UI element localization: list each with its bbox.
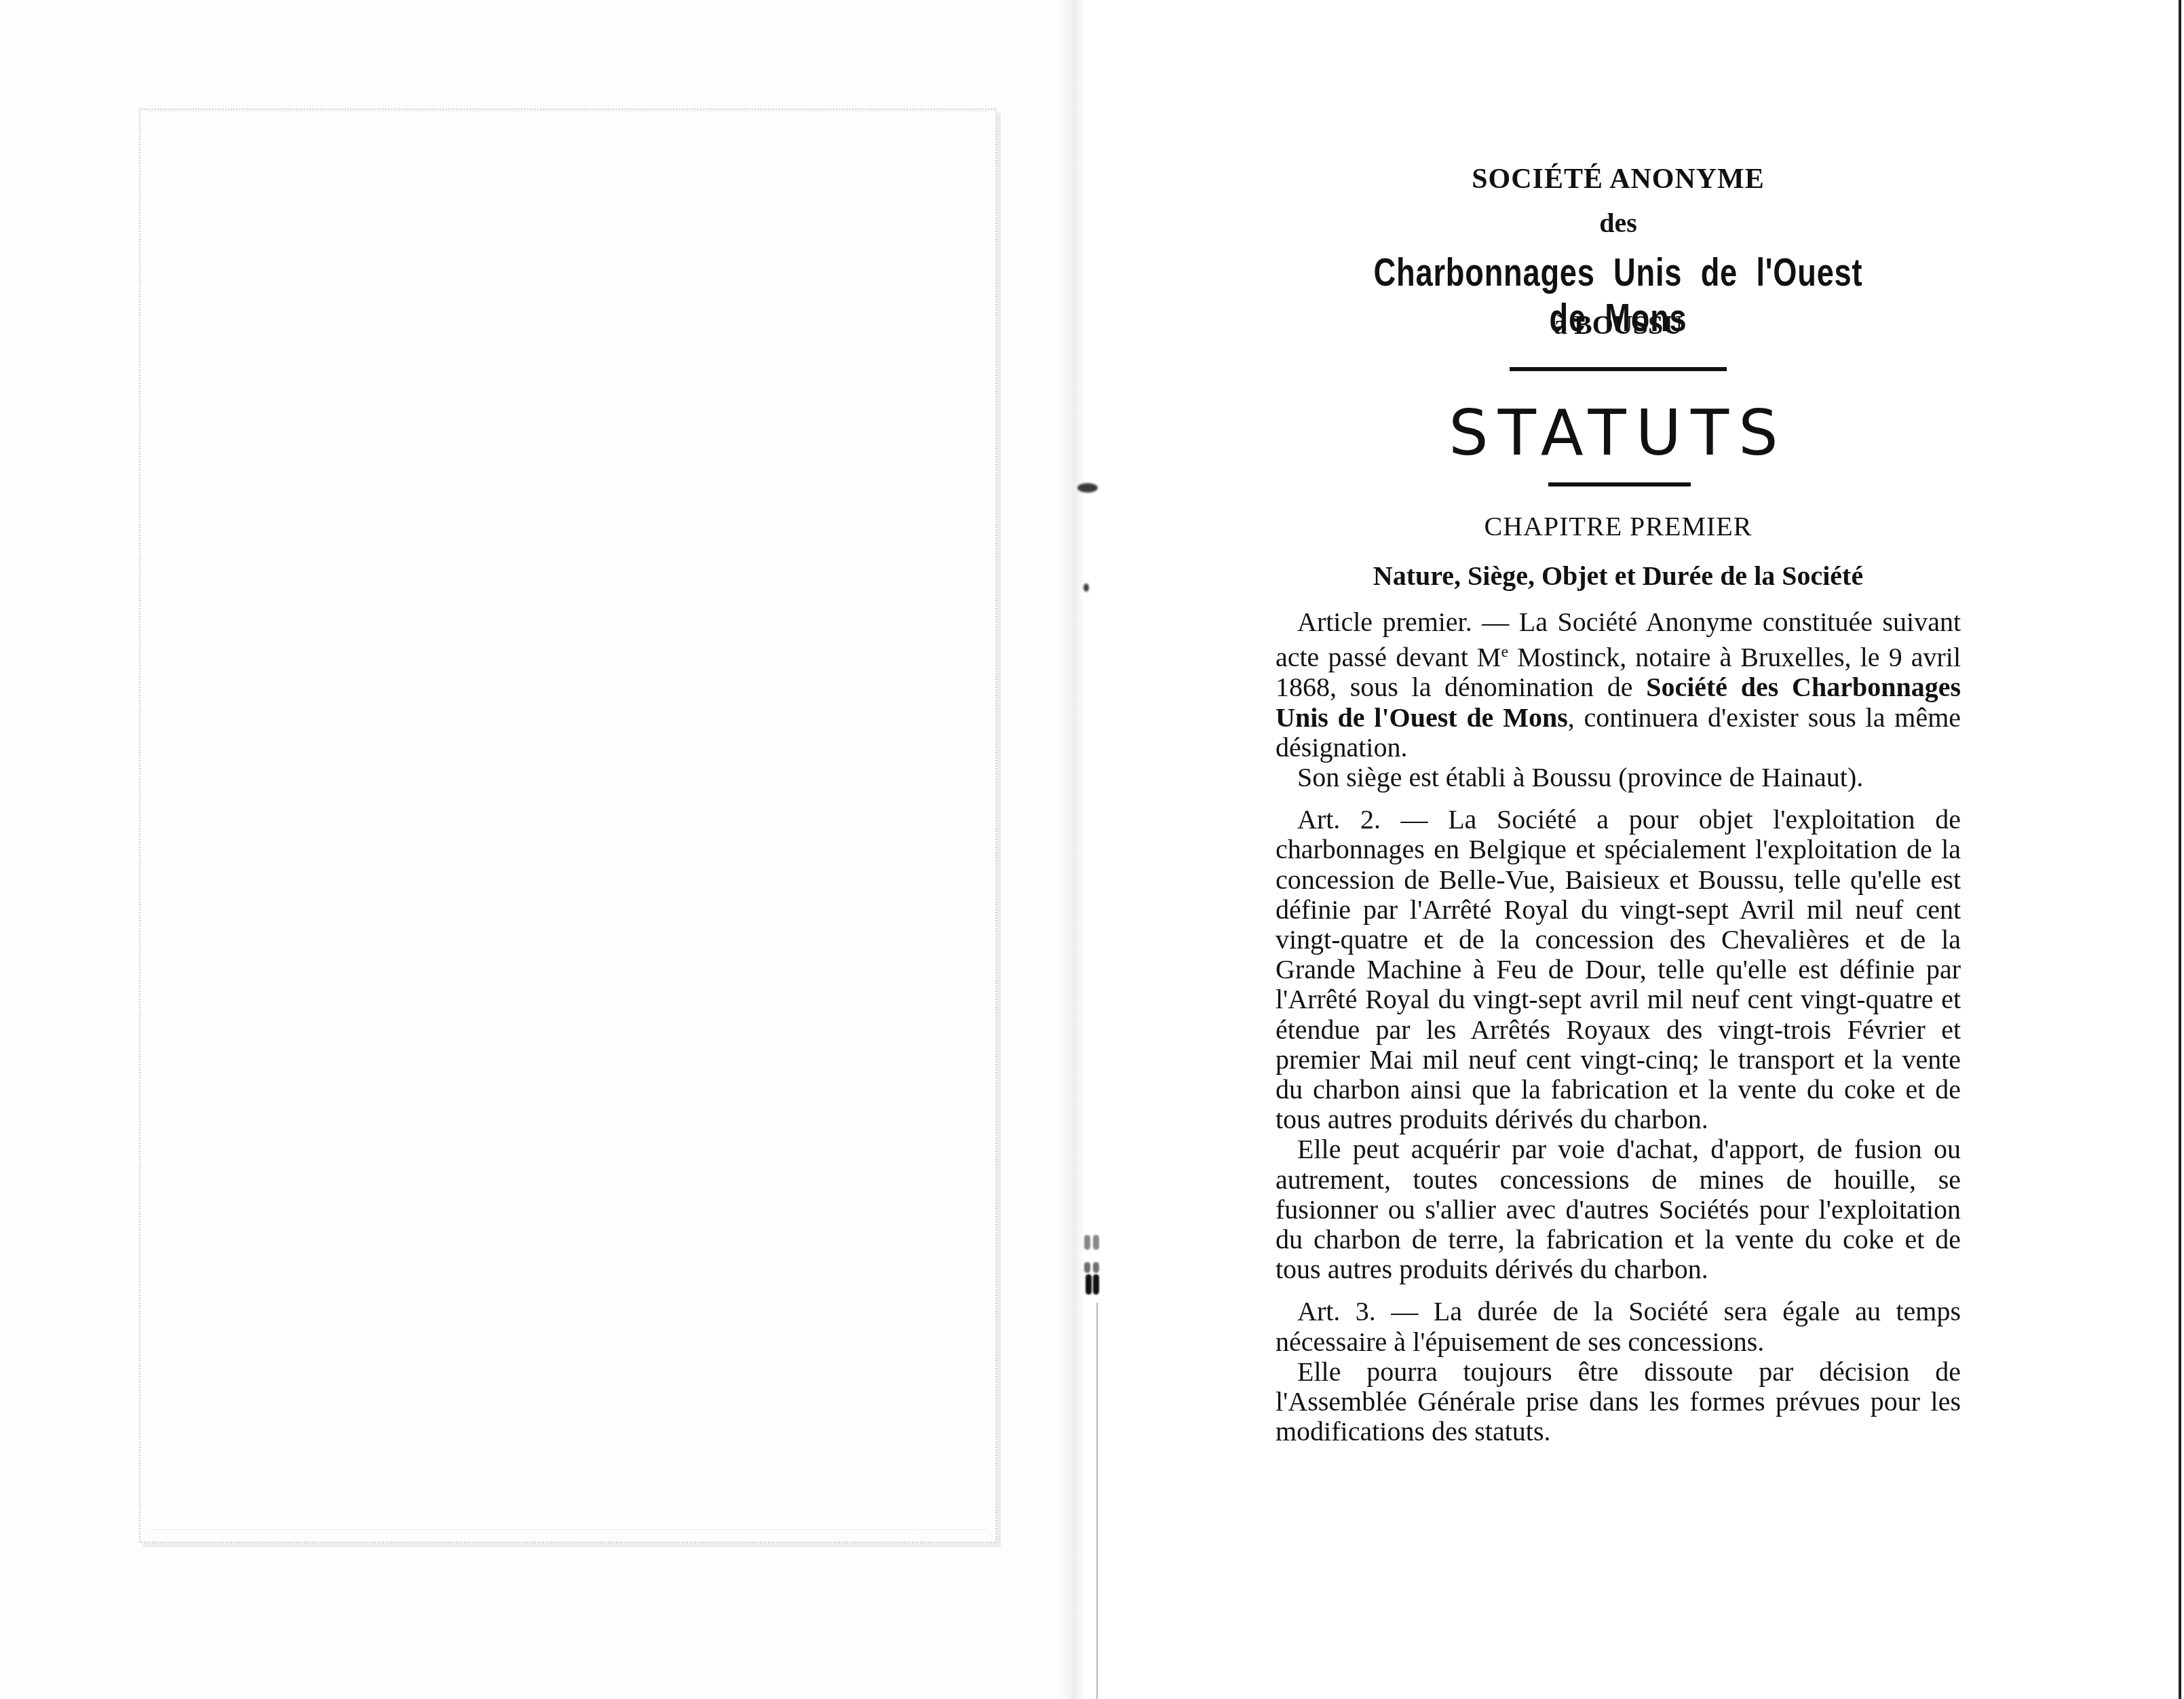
chapter-heading: CHAPITRE PREMIER <box>1276 510 1961 542</box>
book-gutter-crease <box>1096 1303 1098 1699</box>
article-2-acquisition-paragraph: Elle peut acquérir par voie d'achat, d'a… <box>1276 1134 1961 1284</box>
binding-thread-mark-icon <box>1077 483 1098 493</box>
articles-body: Article premier. — La Société Anonyme co… <box>1276 607 1961 1447</box>
blank-page-frame-inner <box>151 111 986 1530</box>
article-2-paragraph: Art. 2. — La Société a pour objet l'expl… <box>1276 805 1961 1134</box>
binding-hole-mark-icon <box>1084 584 1089 592</box>
article-1-paragraph: Article premier. — La Société Anonyme co… <box>1276 607 1961 763</box>
chapter-subtitle: Nature, Siège, Objet et Durée de la Soci… <box>1276 560 1961 592</box>
company-location: à BOUSSU <box>1276 309 1961 341</box>
book-gutter-shadow <box>1058 0 1086 1699</box>
document-title: STATUTS <box>1276 397 1961 470</box>
left-page <box>0 0 1079 1699</box>
heading-connector: des <box>1276 207 1961 239</box>
company-type-heading: SOCIÉTÉ ANONYME <box>1276 163 1961 195</box>
article-3-dissolution-paragraph: Elle pourra toujours être dissoute par d… <box>1276 1357 1961 1447</box>
divider-rule <box>1548 482 1691 486</box>
superscript: e <box>1501 643 1508 661</box>
article-3-paragraph: Art. 3. — La durée de la Société sera ég… <box>1276 1297 1961 1356</box>
scan-edge-border <box>2179 0 2181 1699</box>
binding-staple-icon <box>1083 1228 1100 1296</box>
article-1-seat-paragraph: Son siège est établi à Boussu (province … <box>1276 763 1961 793</box>
divider-rule <box>1510 367 1727 371</box>
